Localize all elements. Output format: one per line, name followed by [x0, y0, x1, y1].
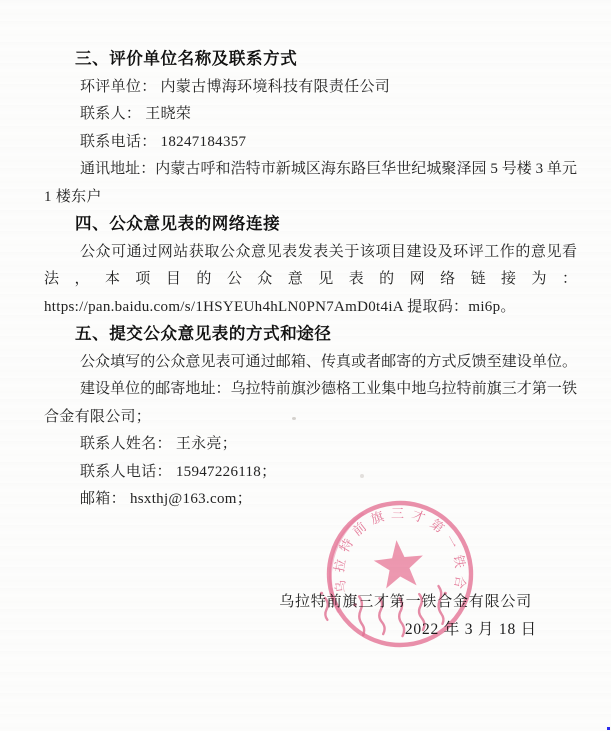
scanned-document-page: 三、评价单位名称及联系方式 环评单位： 内蒙古博海环境科技有限责任公司 联系人：… — [0, 0, 611, 731]
scan-corner-artifact — [607, 727, 610, 730]
line-builder-contact-phone: 联系人电话： 15947226118； — [44, 459, 577, 487]
line-link-intro: 法，本项目的公众意见表的网络链接为： — [44, 266, 577, 294]
section-5-heading: 五、提交公众意见表的方式和途径 — [44, 321, 577, 349]
scan-speck — [296, 330, 299, 333]
signature-date: 2022 年 3 月 18 日 — [405, 617, 537, 639]
section-3-heading: 三、评价单位名称及联系方式 — [44, 46, 577, 74]
line-contact-phone: 联系电话： 18247184357 — [44, 129, 577, 157]
line-submit-methods: 公众填写的公众意见表可通过邮箱、传真或者邮寄的方式反馈至建设单位。 — [44, 349, 577, 377]
line-builder-address: 建设单位的邮寄地址：乌拉特前旗沙德格工业集中地乌拉特前旗三才第一铁 — [44, 376, 577, 404]
line-postal-address-cont: 1 楼东户 — [44, 184, 577, 212]
company-signature: 乌拉特前旗三才第一铁合金有限公司 — [279, 590, 532, 611]
line-contact-person: 联系人： 王晓荣 — [44, 101, 577, 129]
line-eia-unit: 环评单位： 内蒙古博海环境科技有限责任公司 — [44, 74, 577, 102]
line-builder-address-cont: 合金有限公司； — [44, 404, 577, 432]
line-builder-contact-name: 联系人姓名： 王永亮； — [44, 431, 577, 459]
scan-speck — [292, 417, 296, 420]
seal-star-icon — [372, 538, 426, 590]
scan-speck — [360, 474, 364, 478]
line-postal-address: 通讯地址：内蒙古呼和浩特市新城区海东路巨华世纪城聚泽园 5 号楼 3 单元 — [44, 156, 577, 184]
document-body: 三、评价单位名称及联系方式 环评单位： 内蒙古博海环境科技有限责任公司 联系人：… — [44, 46, 577, 514]
section-4-heading: 四、公众意见表的网络连接 — [44, 211, 577, 239]
line-public-access: 公众可通过网站获取公众意见表发表关于该项目建设及环评工作的意见看 — [44, 239, 577, 267]
line-link-url: https://pan.baidu.com/s/1HSYEUh4hLN0PN7A… — [44, 294, 577, 322]
line-builder-email: 邮箱： hsxthj@163.com； — [44, 486, 577, 514]
